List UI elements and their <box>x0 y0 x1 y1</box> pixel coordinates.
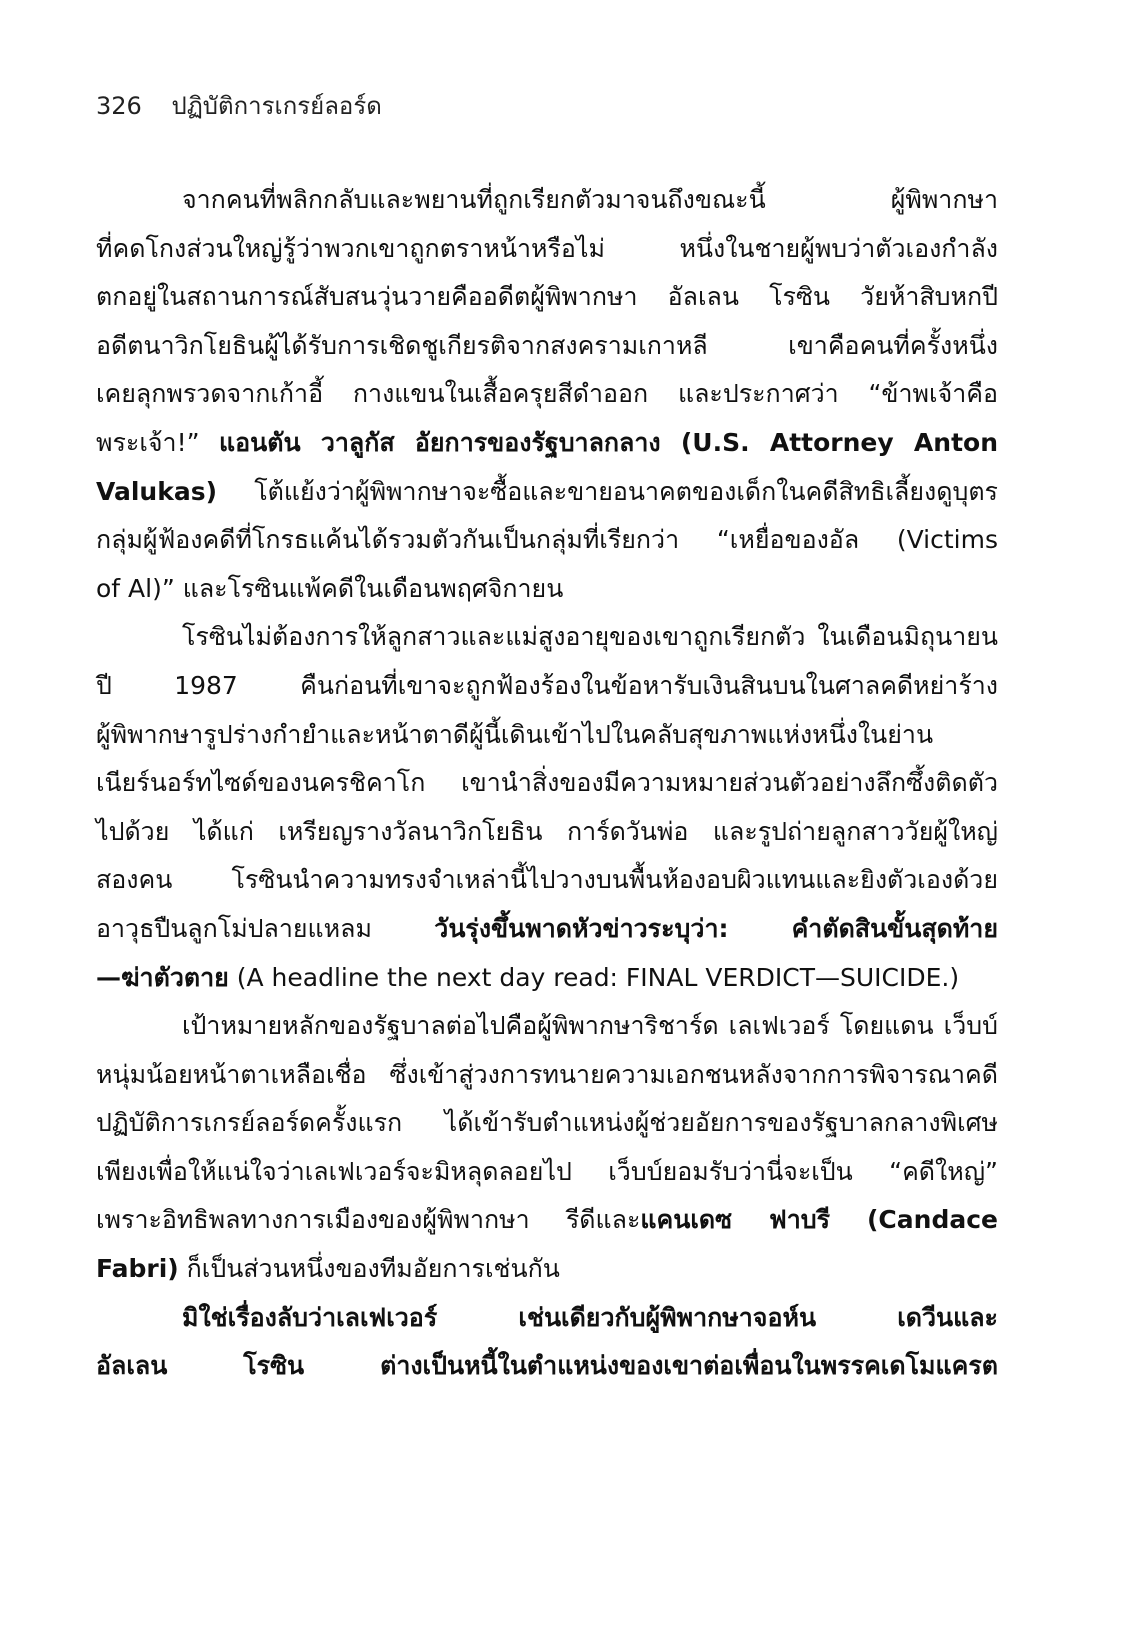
paragraph: มิใช่เรื่องลับว่าเลเฟเวอร์ เช่นเดียวกับผ… <box>96 1294 998 1391</box>
text-run: หนุ่มน้อยหน้าตาเหลือเชื่อ ซึ่งเข้าสู่วงก… <box>96 1060 998 1089</box>
text-line: ไปด้วย ได้แก่ เหรียญรางวัลนาวิกโยธิน การ… <box>96 808 998 857</box>
text-line: สองคน โรซินนำความทรงจำเหล่านี้ไปวางบนพื้… <box>96 856 998 905</box>
text-run: อดีตนาวิกโยธินผู้ได้รับการเชิดชูเกียรติจ… <box>96 331 998 360</box>
text-run: จากคนที่พลิกกลับและพยานที่ถูกเรียกตัวมาจ… <box>182 185 998 214</box>
text-run: โต้แย้งว่าผู้พิพากษาจะซื้อและขายอนาคตของ… <box>217 477 998 506</box>
text-run: อาวุธปืนลูกโม่ปลายแหลม <box>96 914 434 943</box>
text-run: ไปด้วย ได้แก่ เหรียญรางวัลนาวิกโยธิน การ… <box>96 817 998 846</box>
text-line: หนุ่มน้อยหน้าตาเหลือเชื่อ ซึ่งเข้าสู่วงก… <box>96 1051 998 1100</box>
text-run: ก็เป็นส่วนหนึ่งของทีมอัยการเช่นกัน <box>179 1254 560 1283</box>
text-run: พระเจ้า!” <box>96 428 219 457</box>
text-line: เป้าหมายหลักของรัฐบาลต่อไปคือผู้พิพากษาร… <box>96 1002 998 1051</box>
text-line: ผู้พิพากษารูปร่างกำยำและหน้าตาดีผู้นี้เด… <box>96 711 998 760</box>
text-line: พระเจ้า!” แอนตัน วาลูกัส อัยการของรัฐบาล… <box>96 419 998 468</box>
text-run: ผู้พิพากษารูปร่างกำยำและหน้าตาดีผู้นี้เด… <box>96 720 933 749</box>
text-line: ที่คดโกงส่วนใหญ่รู้ว่าพวกเขาถูกตราหน้าหร… <box>96 225 998 274</box>
text-run: เป้าหมายหลักของรัฐบาลต่อไปคือผู้พิพากษาร… <box>182 1011 998 1040</box>
text-line: เคยลุกพรวดจากเก้าอี้ กางแขนในเสื้อครุยสี… <box>96 370 998 419</box>
text-line: อาวุธปืนลูกโม่ปลายแหลม วันรุ่งขึ้นพาดหัว… <box>96 905 998 954</box>
text-line: Valukas) โต้แย้งว่าผู้พิพากษาจะซื้อและขา… <box>96 468 998 517</box>
text-run: ปฏิบัติการเกรย์ลอร์ดครั้งแรก ได้เข้ารับต… <box>96 1108 998 1137</box>
text-run: เพราะอิทธิพลทางการเมืองของผู้พิพากษา รีด… <box>96 1205 640 1234</box>
text-line: จากคนที่พลิกกลับและพยานที่ถูกเรียกตัวมาจ… <box>96 176 998 225</box>
text-run: เคยลุกพรวดจากเก้าอี้ กางแขนในเสื้อครุยสี… <box>96 379 998 408</box>
bold-text: แคนเดซ ฟาบรี (Candace <box>640 1205 998 1234</box>
text-run: (A headline the next day read: FINAL VER… <box>229 963 959 992</box>
bold-text: Valukas) <box>96 477 217 506</box>
text-line: กลุ่มผู้ฟ้องคดีที่โกรธแค้นได้รวมตัวกันเป… <box>96 516 998 565</box>
text-line: เพียงเพื่อให้แน่ใจว่าเลเฟเวอร์จะมิหลุดลอ… <box>96 1148 998 1197</box>
text-line: เนียร์นอร์ทไซด์ของนครชิคาโก เขานำสิ่งของ… <box>96 759 998 808</box>
text-run: โรซินไม่ต้องการให้ลูกสาวและแม่สูงอายุของ… <box>182 622 998 651</box>
text-line: of Al)” และโรซินแพ้คดีในเดือนพฤศจิกายน <box>96 565 998 614</box>
bold-text: มิใช่เรื่องลับว่าเลเฟเวอร์ เช่นเดียวกับผ… <box>182 1303 998 1332</box>
text-line: —ฆ่าตัวตาย (A headline the next day read… <box>96 954 998 1003</box>
text-run: ปี 1987 คืนก่อนที่เขาจะถูกฟ้องร้องในข้อห… <box>96 671 998 700</box>
text-run: ที่คดโกงส่วนใหญ่รู้ว่าพวกเขาถูกตราหน้าหร… <box>96 234 998 263</box>
bold-text: แอนตัน วาลูกัส อัยการของรัฐบาลกลาง (U.S.… <box>219 428 998 457</box>
bold-text: —ฆ่าตัวตาย <box>96 963 229 992</box>
page-number: 326 <box>96 92 142 120</box>
text-line: Fabri) ก็เป็นส่วนหนึ่งของทีมอัยการเช่นกั… <box>96 1245 998 1294</box>
bold-text: Fabri) <box>96 1254 179 1283</box>
text-line: เพราะอิทธิพลทางการเมืองของผู้พิพากษา รีด… <box>96 1196 998 1245</box>
page-body: จากคนที่พลิกกลับและพยานที่ถูกเรียกตัวมาจ… <box>96 176 998 1391</box>
text-run: เพียงเพื่อให้แน่ใจว่าเลเฟเวอร์จะมิหลุดลอ… <box>96 1157 998 1186</box>
text-line: ปฏิบัติการเกรย์ลอร์ดครั้งแรก ได้เข้ารับต… <box>96 1099 998 1148</box>
text-run: เนียร์นอร์ทไซด์ของนครชิคาโก เขานำสิ่งของ… <box>96 768 998 797</box>
text-run: ตกอยู่ในสถานการณ์สับสนวุ่นวายคืออดีตผู้พ… <box>96 282 998 311</box>
text-line: ตกอยู่ในสถานการณ์สับสนวุ่นวายคืออดีตผู้พ… <box>96 273 998 322</box>
text-line: มิใช่เรื่องลับว่าเลเฟเวอร์ เช่นเดียวกับผ… <box>96 1294 998 1343</box>
text-line: โรซินไม่ต้องการให้ลูกสาวและแม่สูงอายุของ… <box>96 613 998 662</box>
text-line: อดีตนาวิกโยธินผู้ได้รับการเชิดชูเกียรติจ… <box>96 322 998 371</box>
paragraph: เป้าหมายหลักของรัฐบาลต่อไปคือผู้พิพากษาร… <box>96 1002 998 1294</box>
bold-text: วันรุ่งขึ้นพาดหัวข่าวระบุว่า: คำตัดสินขั… <box>434 914 998 943</box>
text-run: สองคน โรซินนำความทรงจำเหล่านี้ไปวางบนพื้… <box>96 865 998 894</box>
text-run: of Al)” และโรซินแพ้คดีในเดือนพฤศจิกายน <box>96 574 563 603</box>
text-line: อัลเลน โรซิน ต่างเป็นหนี้ในตำแหน่งของเขา… <box>96 1342 998 1391</box>
bold-text: อัลเลน โรซิน ต่างเป็นหนี้ในตำแหน่งของเขา… <box>96 1351 998 1380</box>
paragraph: จากคนที่พลิกกลับและพยานที่ถูกเรียกตัวมาจ… <box>96 176 998 613</box>
running-title: ปฏิบัติการเกรย์ลอร์ด <box>171 92 381 120</box>
paragraph: โรซินไม่ต้องการให้ลูกสาวและแม่สูงอายุของ… <box>96 613 998 1002</box>
page-header: 326 ปฏิบัติการเกรย์ลอร์ด <box>96 86 382 125</box>
text-run: กลุ่มผู้ฟ้องคดีที่โกรธแค้นได้รวมตัวกันเป… <box>96 525 998 554</box>
text-line: ปี 1987 คืนก่อนที่เขาจะถูกฟ้องร้องในข้อห… <box>96 662 998 711</box>
